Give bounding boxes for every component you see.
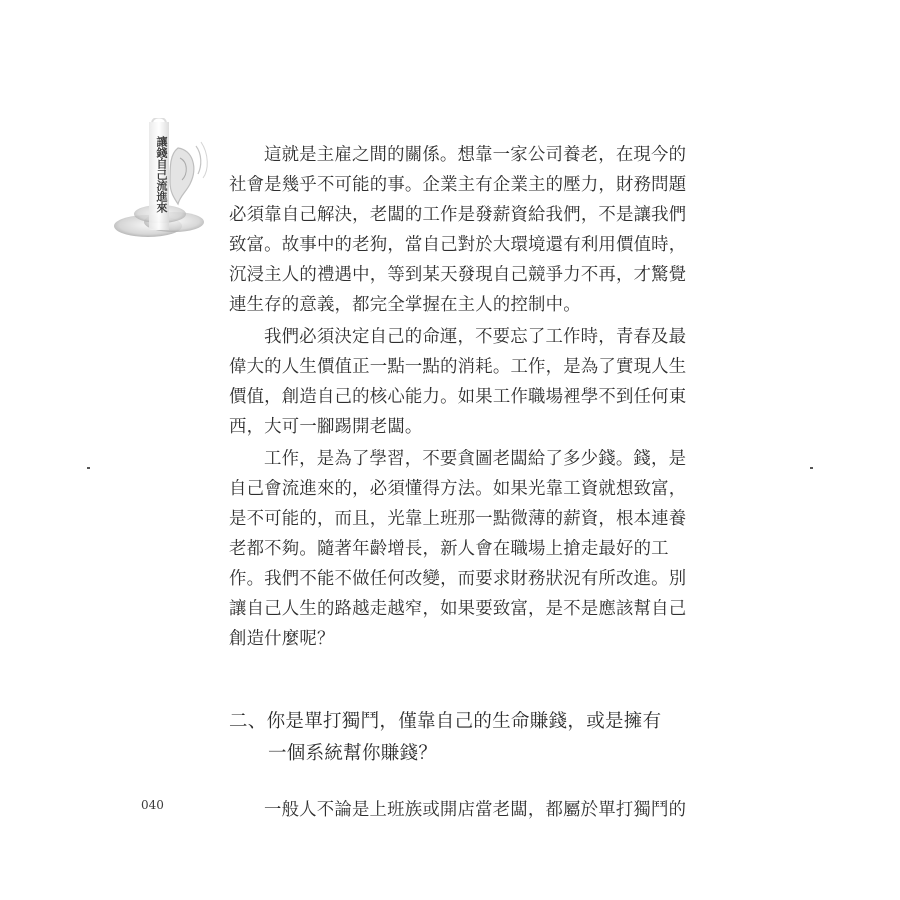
text-line: 連生存的意義，都完全掌握在主人的控制中。 [229,290,691,320]
text-line: 這就是主雇之間的關係。想靠一家公司養老，在現今的 [229,140,691,170]
text-line: 作。我們不能不做任何改變，而要求財務狀況有所改進。別 [229,564,691,594]
text-line: 讓自己人生的路越走越窄，如果要致富，是不是應該幫自己 [229,594,691,624]
text-line: 致富。故事中的老狗，當自己對於大環境還有利用價值時， [229,230,691,260]
paragraph-3: 工作，是為了學習，不要貪圖老闆給了多少錢。錢，是 自己會流進來的，必須懂得方法。… [229,444,691,654]
paragraph-1: 這就是主雇之間的關係。想靠一家公司養老，在現今的 社會是幾乎不可能的事。企業主有… [229,140,691,320]
text-line: 西，大可一腳踢開老闆。 [229,412,691,442]
crop-mark-left [87,467,90,469]
body-text: 這就是主雇之間的關係。想靠一家公司養老，在現今的 社會是幾乎不可能的事。企業主有… [229,140,691,654]
text-line: 自己會流進來的，必須懂得方法。如果光靠工資就想致富， [229,474,691,504]
text-line: 沉浸主人的禮遇中，等到某天發現自己競爭力不再，才驚覺 [229,260,691,290]
text-line: 偉大的人生價值正一點一點的消耗。工作，是為了實現人生 [229,352,691,382]
text-line: 社會是幾乎不可能的事。企業主有企業主的壓力，財務問題 [229,170,691,200]
chapter-emblem: 讓錢自己流進來 [108,118,213,243]
trailing-text-line: 一般人不論是上班族或開店當老闆，都屬於單打獨鬥的 [264,795,686,825]
text-line: 必須靠自己解決，老闆的工作是發薪資給我們，不是讓我們 [229,200,691,230]
page-number: 040 [141,798,164,812]
text-line: 工作，是為了學習，不要貪圖老闆給了多少錢。錢，是 [229,444,691,474]
section-heading: 二、你是單打獨鬥，僅靠自己的生命賺錢，或是擁有 一個系統幫你賺錢？ [229,706,699,770]
text-line: 老都不夠。隨著年齡增長，新人會在職場上搶走最好的工 [229,534,691,564]
heading-line-2: 一個系統幫你賺錢？ [229,738,699,770]
chapter-vertical-title: 讓錢自己流進來 [153,136,167,213]
text-line: 創造什麼呢？ [229,624,691,654]
paragraph-2: 我們必須決定自己的命運，不要忘了工作時，青春及最 偉大的人生價值正一點一點的消耗… [229,322,691,442]
text-line: 價值，創造自己的核心能力。如果工作職場裡學不到任何東 [229,382,691,412]
heading-line-1: 二、你是單打獨鬥，僅靠自己的生命賺錢，或是擁有 [229,706,699,738]
text-line: 我們必須決定自己的命運，不要忘了工作時，青春及最 [229,322,691,352]
text-line: 是不可能的，而且，光靠上班那一點微薄的薪資，根本連養 [229,504,691,534]
crop-mark-right [810,467,813,469]
book-page: 讓錢自己流進來 這就是主雇之間的關係。想靠一家公司養老，在現今的 社會是幾乎不可… [0,0,900,900]
